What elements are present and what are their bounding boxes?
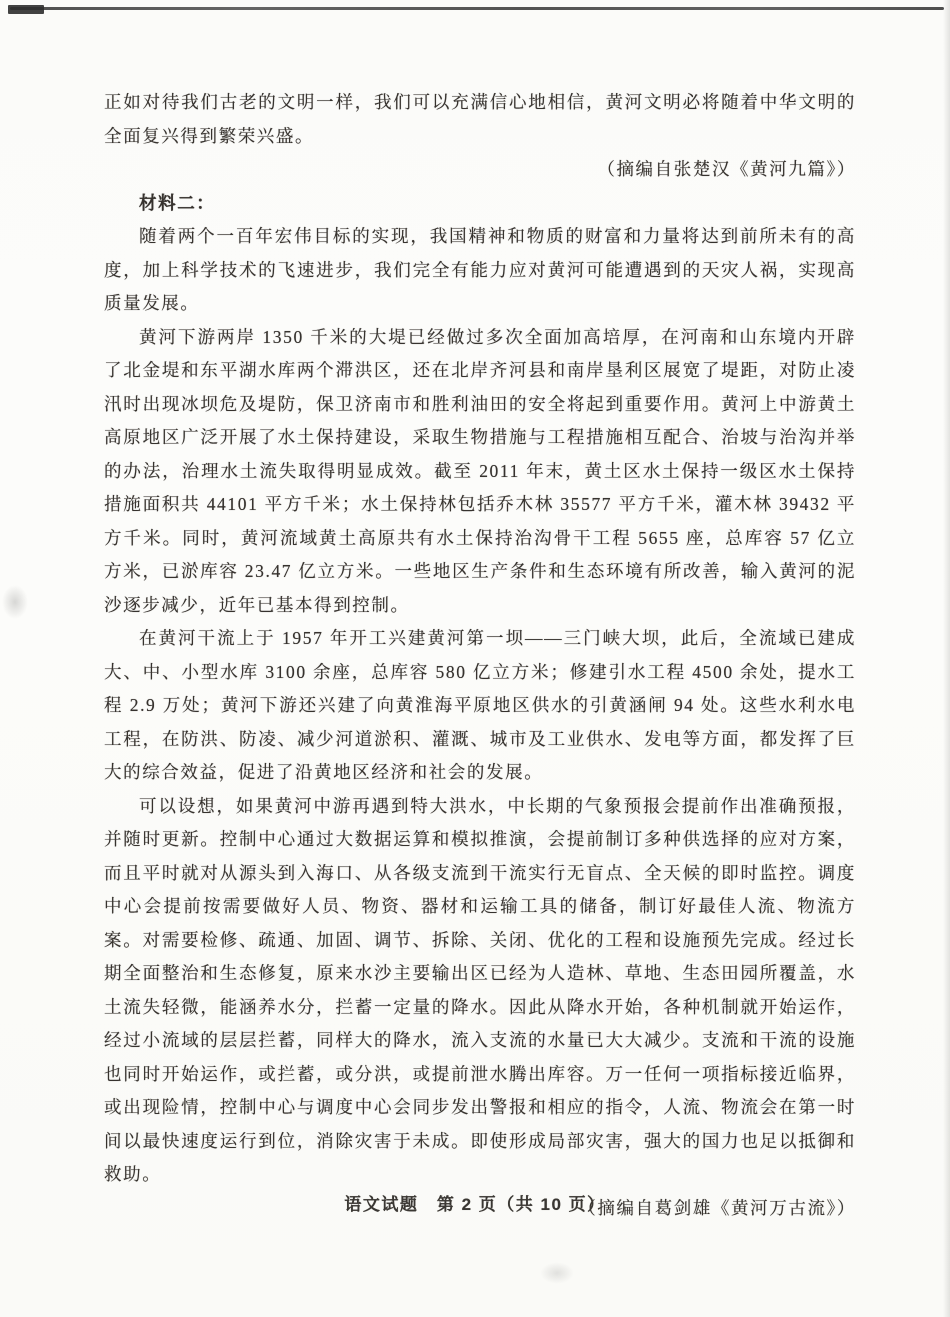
body-paragraph-dikes-and-soil-conservation: 黄河下游两岸 1350 千米的大堤已经做过多次全面加高培厚，在河南和山东境内开辟…: [104, 321, 856, 623]
paragraph-continuation: 正如对待我们古老的文明一样，我们可以充满信心地相信，黄河文明必将随着中华文明的全…: [104, 86, 856, 153]
body-paragraph-goals: 随着两个一百年宏伟目标的实现，我国精神和物质的财富和力量将达到前所未有的高度，加…: [104, 220, 856, 321]
footer-page-label: 语文试题 第 2 页（共 10 页）: [344, 1195, 605, 1214]
scan-artifact-corner-blob: [8, 5, 44, 14]
scan-artifact-right-edge: [943, 0, 950, 1317]
body-paragraph-dams-and-projects: 在黄河干流上于 1957 年开工兴建黄河第一坝——三门峡大坝，此后，全流域已建成…: [104, 622, 856, 790]
scanned-exam-page: 正如对待我们古老的文明一样，我们可以充满信心地相信，黄河文明必将随着中华文明的全…: [0, 0, 950, 1317]
document-body: 正如对待我们古老的文明一样，我们可以充满信心地相信，黄河文明必将随着中华文明的全…: [104, 86, 856, 1225]
scan-smudge-left: [2, 585, 28, 619]
source-attribution-material-one: （摘编自张楚汉《黄河九篇》）: [104, 153, 856, 187]
scan-artifact-top-line: [10, 7, 944, 10]
body-paragraph-flood-scenario: 可以设想，如果黄河中游再遇到特大洪水，中长期的气象预报会提前作出准确预报，并随时…: [104, 790, 856, 1192]
material-two-heading: 材料二：: [104, 187, 856, 221]
page-footer: 语文试题 第 2 页（共 10 页）: [0, 1190, 950, 1215]
scan-smudge-bottom: [540, 1262, 574, 1284]
